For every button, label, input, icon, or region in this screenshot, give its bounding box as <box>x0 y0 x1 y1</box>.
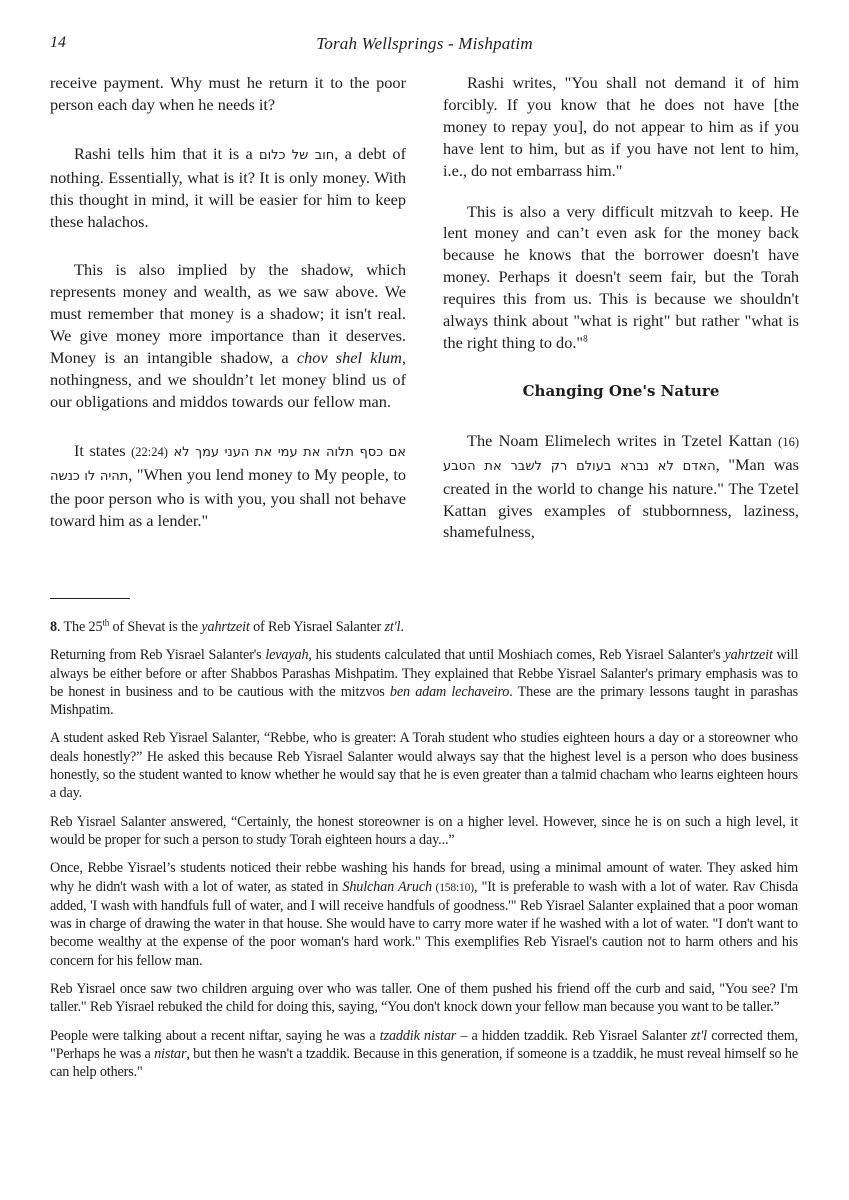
left-column: receive payment. Why must he return it t… <box>50 72 406 531</box>
footnote-ref[interactable]: 8 <box>583 334 588 344</box>
footnote-paragraph: People were talking about a recent nifta… <box>50 1027 798 1082</box>
citation: (16) <box>778 435 799 449</box>
hebrew-text: חוב של כלום <box>259 148 334 163</box>
footnote-paragraph: A student asked Reb Yisrael Salanter, “R… <box>50 729 798 802</box>
running-title: Torah Wellsprings - Mishpatim <box>50 34 799 54</box>
paragraph: This is also a very difficult mitzvah to… <box>443 201 799 354</box>
footnote-paragraph: Once, Rebbe Yisrael’s students noticed t… <box>50 859 798 970</box>
section-heading: Changing One's Nature <box>443 381 799 403</box>
footnote-divider <box>50 598 130 599</box>
right-column: Rashi writes, "You shall not demand it o… <box>443 72 799 543</box>
footnote-paragraph: Reb Yisrael once saw two children arguin… <box>50 980 798 1017</box>
footnotes: 8. The 25th of Shevat is the yahrtzeit o… <box>50 618 798 1092</box>
italic-term: chov shel klum <box>297 348 402 367</box>
footnote-8: 8. The 25th of Shevat is the yahrtzeit o… <box>50 618 798 636</box>
citation: (22:24) <box>131 445 168 459</box>
paragraph: This is also implied by the shadow, whic… <box>50 259 406 412</box>
hebrew-text: האדם לא נברא בעולם רק לשבר את הטבע <box>443 459 716 474</box>
paragraph: Rashi writes, "You shall not demand it o… <box>443 72 799 182</box>
paragraph: It states (22:24) אם כסף תלוה את עמי את … <box>50 440 406 532</box>
footnote-number: 8 <box>50 619 57 635</box>
footnote-paragraph: Reb Yisrael Salanter answered, “Certainl… <box>50 813 798 850</box>
paragraph: receive payment. Why must he return it t… <box>50 72 406 116</box>
paragraph: The Noam Elimelech writes in Tzetel Katt… <box>443 430 799 544</box>
page-header: 14 Torah Wellsprings - Mishpatim <box>50 34 799 58</box>
paragraph: Rashi tells him that it is a חוב של כלום… <box>50 143 406 233</box>
footnote-paragraph: Returning from Reb Yisrael Salanter's le… <box>50 646 798 719</box>
